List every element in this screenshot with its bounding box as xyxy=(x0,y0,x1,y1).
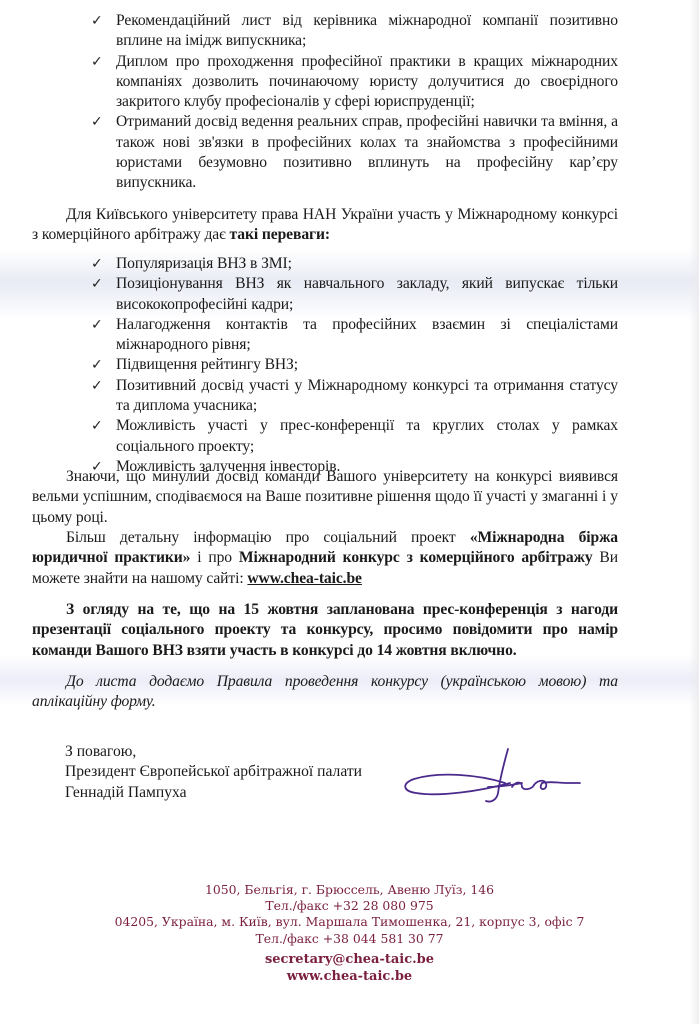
list-item-text: Позитивний досвід участі у Міжнародному … xyxy=(116,376,618,417)
list-item-text: Позиціонування ВНЗ як навчального заклад… xyxy=(116,274,618,315)
checkmark-icon: ✓ xyxy=(91,11,105,31)
checkmark-icon: ✓ xyxy=(91,254,105,274)
list-item: ✓ Підвищення рейтингу ВНЗ; xyxy=(91,355,618,375)
handwritten-signature-icon xyxy=(400,745,585,810)
info-paragraph: Більш детальну інформацію про соціальний… xyxy=(32,528,618,589)
phone-kyiv: Тел./факс +38 044 581 30 77 xyxy=(0,931,699,947)
checkmark-icon: ✓ xyxy=(91,355,105,375)
experience-paragraph: Знаючи, що минулий досвід команди Вашого… xyxy=(32,467,618,528)
list-item: ✓ Позиціонування ВНЗ як навчального закл… xyxy=(91,274,618,315)
list-item: ✓ Позитивний досвід участі у Міжнародном… xyxy=(91,376,618,417)
list-item: ✓ Популяризація ВНЗ в ЗМІ; xyxy=(91,254,618,274)
address-brussels: 1050, Бельгія, г. Брюссель, Авеню Луїз, … xyxy=(0,882,699,898)
info-text-2: і про xyxy=(190,549,239,566)
footer-addresses: 1050, Бельгія, г. Брюссель, Авеню Луїз, … xyxy=(0,882,699,947)
list-item-text: Можливість участі у прес-конференції та … xyxy=(116,416,618,457)
list-item-text: Налагодження контактів та професійних вз… xyxy=(116,315,618,356)
list-item-text: Популяризація ВНЗ в ЗМІ; xyxy=(116,254,618,274)
list-item-text: Отриманий досвід ведення реальних справ,… xyxy=(116,112,618,193)
footer-website-link[interactable]: www.chea-taic.be xyxy=(0,969,699,986)
phone-brussels: Тел./факс +32 28 080 975 xyxy=(0,898,699,914)
address-kyiv: 04205, Україна, м. Київ, вул. Маршала Ти… xyxy=(0,914,699,930)
closing: З повагою, xyxy=(65,742,362,762)
signer-name: Геннадій Пампуха xyxy=(65,783,362,803)
signer-position: Президент Європейської арбітражної палат… xyxy=(65,762,362,782)
website-link[interactable]: www.chea-taic.be xyxy=(247,570,361,587)
list-item: ✓ Отриманий досвід ведення реальних спра… xyxy=(91,112,618,193)
intro-bold-text: такі переваги: xyxy=(230,226,330,243)
checkmark-icon: ✓ xyxy=(91,112,105,132)
attachment-paragraph: До листа додаємо Правила проведення конк… xyxy=(32,672,618,713)
list-item: ✓ Диплом про проходження професійної пра… xyxy=(91,52,618,113)
list-item-text: Диплом про проходження професійної практ… xyxy=(116,52,618,113)
checkmark-icon: ✓ xyxy=(91,315,105,335)
signature-block: З повагою, Президент Європейської арбітр… xyxy=(65,742,362,803)
list-item-text: Рекомендаційний лист від керівника міжна… xyxy=(116,11,618,52)
list-item: ✓ Налагодження контактів та професійних … xyxy=(91,315,618,356)
checkmark-icon: ✓ xyxy=(91,52,105,72)
deadline-paragraph: З огляду на те, що на 15 жовтня запланов… xyxy=(32,600,618,661)
info-text-1: Більш детальну інформацію про соціальний… xyxy=(66,529,470,546)
letter-page: ✓ Рекомендаційний лист від керівника між… xyxy=(0,0,699,1024)
list-item: ✓ Рекомендаційний лист від керівника між… xyxy=(91,11,618,52)
list-item: ✓ Можливість участі у прес-конференції т… xyxy=(91,416,618,457)
list-item-text: Підвищення рейтингу ВНЗ; xyxy=(116,355,618,375)
graduate-benefits-list: ✓ Рекомендаційний лист від керівника між… xyxy=(91,11,618,194)
checkmark-icon: ✓ xyxy=(91,376,105,396)
checkmark-icon: ✓ xyxy=(91,274,105,294)
footer-email-link[interactable]: secretary@chea-taic.be xyxy=(0,952,699,969)
university-benefits-list: ✓ Популяризація ВНЗ в ЗМІ; ✓ Позиціонува… xyxy=(91,254,618,477)
university-intro-paragraph: Для Київського університету права НАН Ук… xyxy=(32,205,618,246)
footer-contacts: secretary@chea-taic.be www.chea-taic.be xyxy=(0,952,699,985)
checkmark-icon: ✓ xyxy=(91,416,105,436)
contest-name: Міжнародний конкурс з комерційного арбіт… xyxy=(239,549,593,566)
